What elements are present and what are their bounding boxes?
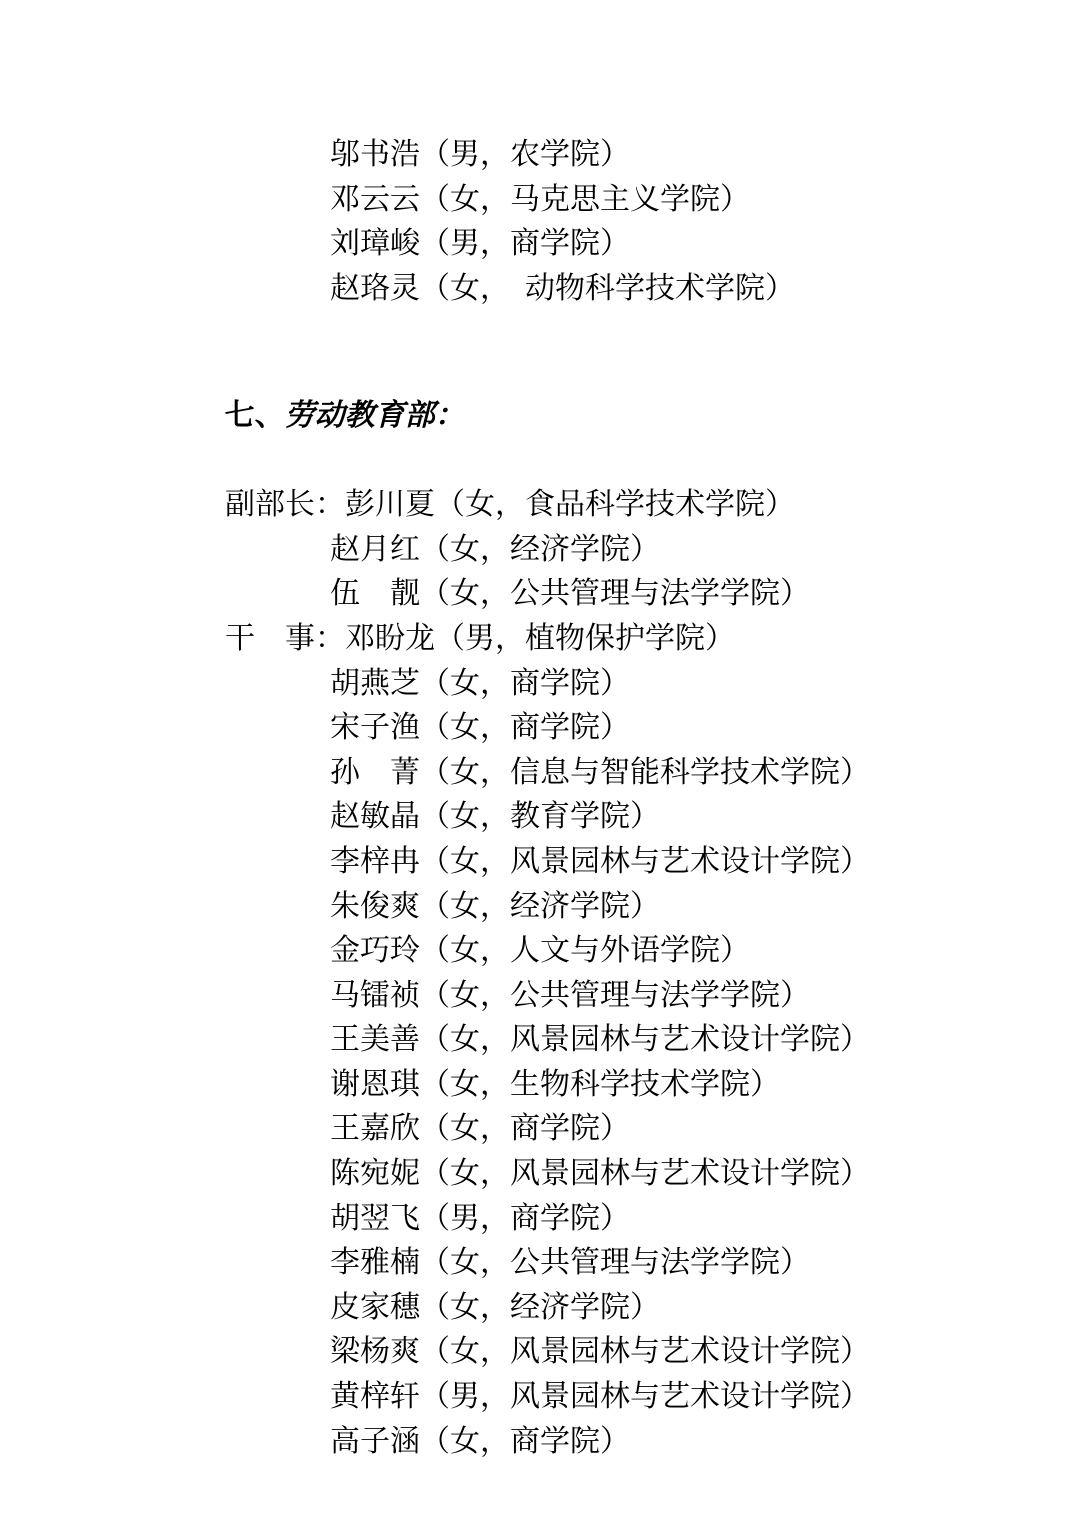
member-line: 高子涵（女，商学院） <box>0 1420 1074 1465</box>
member-line: 王嘉欣（女，商学院） <box>0 1107 1074 1152</box>
section-number: 七、 <box>225 398 285 433</box>
member-text: 刘璋峻（男，商学院） <box>330 226 630 261</box>
member-line: 陈宛妮（女，风景园林与艺术设计学院） <box>0 1152 1074 1197</box>
member-line: 梁杨爽（女，风景园林与艺术设计学院） <box>0 1330 1074 1375</box>
group-staff: 干 事：邓盼龙（男，植物保护学院） 胡燕芝（女，商学院） 宋子渔（女，商学院） … <box>0 617 1074 1464</box>
member-line: 金巧玲（女，人文与外语学院） <box>0 929 1074 974</box>
member-line: 李雅楠（女，公共管理与法学学院） <box>0 1241 1074 1286</box>
member-text: 高子涵（女，商学院） <box>330 1424 630 1459</box>
member-text: 朱俊爽（女，经济学院） <box>330 889 660 924</box>
member-line: 赵珞灵（女， 动物科学技术学院） <box>0 267 1074 312</box>
member-text: 金巧玲（女，人文与外语学院） <box>330 933 750 968</box>
member-line: 朱俊爽（女，经济学院） <box>0 885 1074 930</box>
role-label: 干 事： <box>225 617 345 662</box>
member-text: 宋子渔（女，商学院） <box>330 710 630 745</box>
member-text: 李梓冉（女，风景园林与艺术设计学院） <box>330 844 870 879</box>
member-text: 邬书浩（男，农学院） <box>330 137 630 172</box>
member-line: 皮家穗（女，经济学院） <box>0 1286 1074 1331</box>
member-text: 谢恩琪（女，生物科学技术学院） <box>330 1067 780 1102</box>
group-deputy-ministers: 副部长：彭川夏（女，食品科学技术学院） 赵月红（女，经济学院） 伍 靓（女，公共… <box>0 483 1074 617</box>
member-text: 胡翌飞（男，商学院） <box>330 1201 630 1236</box>
member-text: 赵月红（女，经济学院） <box>330 532 660 567</box>
member-line: 孙 菁（女，信息与智能科学技术学院） <box>0 751 1074 796</box>
member-line: 副部长：彭川夏（女，食品科学技术学院） <box>0 483 1074 528</box>
member-line: 胡翌飞（男，商学院） <box>0 1197 1074 1242</box>
member-text: 赵敏晶（女，教育学院） <box>330 799 660 834</box>
member-text: 李雅楠（女，公共管理与法学学院） <box>330 1245 810 1280</box>
member-line: 王美善（女，风景园林与艺术设计学院） <box>0 1018 1074 1063</box>
member-text: 彭川夏（女，食品科学技术学院） <box>345 487 795 522</box>
member-text: 孙 菁（女，信息与智能科学技术学院） <box>330 755 870 790</box>
member-text: 梁杨爽（女，风景园林与艺术设计学院） <box>330 1334 870 1369</box>
member-text: 马镭祯（女，公共管理与法学学院） <box>330 978 810 1013</box>
document-content: 邬书浩（男，农学院） 邓云云（女，马克思主义学院） 刘璋峻（男，商学院） 赵珞灵… <box>0 0 1074 1464</box>
member-line: 干 事：邓盼龙（男，植物保护学院） <box>0 617 1074 662</box>
continuation-list: 邬书浩（男，农学院） 邓云云（女，马克思主义学院） 刘璋峻（男，商学院） 赵珞灵… <box>0 133 1074 311</box>
member-text: 邓盼龙（男，植物保护学院） <box>345 621 735 656</box>
member-text: 黄梓轩（男，风景园林与艺术设计学院） <box>330 1379 870 1414</box>
member-line: 谢恩琪（女，生物科学技术学院） <box>0 1063 1074 1108</box>
member-line: 李梓冉（女，风景园林与艺术设计学院） <box>0 840 1074 885</box>
member-line: 赵敏晶（女，教育学院） <box>0 795 1074 840</box>
role-label: 副部长： <box>225 483 345 528</box>
member-text: 邓云云（女，马克思主义学院） <box>330 182 750 217</box>
section-title: 劳动教育部： <box>285 398 465 433</box>
member-text: 王嘉欣（女，商学院） <box>330 1111 630 1146</box>
member-line: 邬书浩（男，农学院） <box>0 133 1074 178</box>
member-line: 赵月红（女，经济学院） <box>0 528 1074 573</box>
member-text: 王美善（女，风景园林与艺术设计学院） <box>330 1022 870 1057</box>
member-line: 邓云云（女，马克思主义学院） <box>0 178 1074 223</box>
member-text: 胡燕芝（女，商学院） <box>330 666 630 701</box>
member-text: 陈宛妮（女，风景园林与艺术设计学院） <box>330 1156 870 1191</box>
member-line: 刘璋峻（男，商学院） <box>0 222 1074 267</box>
member-text: 伍 靓（女，公共管理与法学学院） <box>330 576 810 611</box>
member-text: 赵珞灵（女， 动物科学技术学院） <box>330 271 795 306</box>
member-line: 伍 靓（女，公共管理与法学学院） <box>0 572 1074 617</box>
member-line: 黄梓轩（男，风景园林与艺术设计学院） <box>0 1375 1074 1420</box>
member-line: 马镭祯（女，公共管理与法学学院） <box>0 974 1074 1019</box>
member-line: 胡燕芝（女，商学院） <box>0 662 1074 707</box>
section-heading: 七、劳动教育部： <box>0 349 1074 483</box>
member-line: 宋子渔（女，商学院） <box>0 706 1074 751</box>
document-page: 邬书浩（男，农学院） 邓云云（女，马克思主义学院） 刘璋峻（男，商学院） 赵珞灵… <box>0 0 1074 1520</box>
member-text: 皮家穗（女，经济学院） <box>330 1290 660 1325</box>
